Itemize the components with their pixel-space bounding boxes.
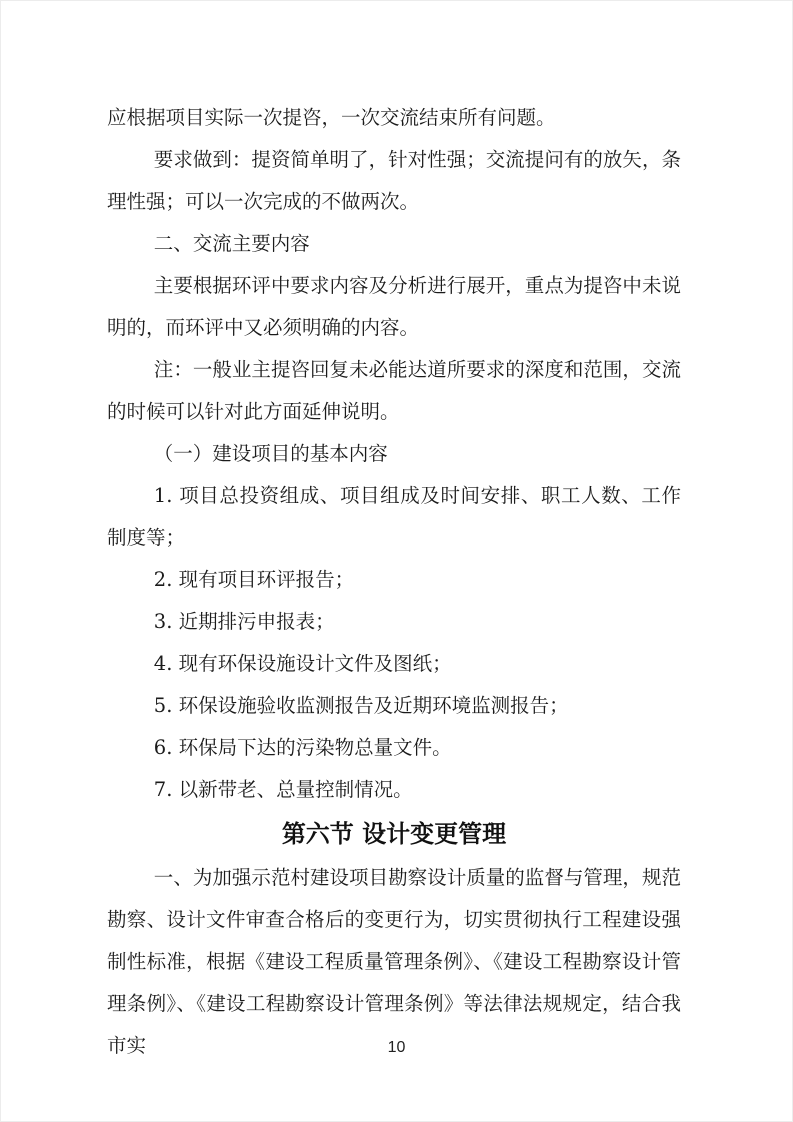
list-item-paragraph: 6. 环保局下达的污染物总量文件。 [107, 727, 681, 769]
list-item-paragraph: 2. 现有项目环评报告； [107, 559, 681, 601]
list-item-paragraph: 5. 环保设施验收监测报告及近期环境监测报告； [107, 685, 681, 727]
page-number: 10 [1, 1039, 792, 1057]
paragraph: 要求做到：提资简单明了，针对性强；交流提问有的放矢，条理性强；可以一次完成的不做… [107, 139, 681, 223]
paragraph: 二、交流主要内容 [107, 223, 681, 265]
list-item-paragraph: 3. 近期排污申报表； [107, 601, 681, 643]
list-item-paragraph: 4. 现有环保设施设计文件及图纸； [107, 643, 681, 685]
list-item-paragraph: 7. 以新带老、总量控制情况。 [107, 769, 681, 811]
list-item-paragraph: 1. 项目总投资组成、项目组成及时间安排、职工人数、工作制度等； [107, 475, 681, 559]
paragraph: 主要根据环评中要求内容及分析进行展开，重点为提咨中未说明的，而环评中又必须明确的… [107, 265, 681, 349]
section-heading: 第六节 设计变更管理 [107, 811, 681, 857]
paragraph: 应根据项目实际一次提咨，一次交流结束所有问题。 [107, 97, 681, 139]
paragraph: 注：一般业主提咨回复未必能达道所要求的深度和范围，交流的时候可以针对此方面延伸说… [107, 349, 681, 433]
paragraph: 一、为加强示范村建设项目勘察设计质量的监督与管理，规范勘察、设计文件审查合格后的… [107, 857, 681, 1067]
paragraph: （一）建设项目的基本内容 [107, 433, 681, 475]
document-body: 应根据项目实际一次提咨，一次交流结束所有问题。 要求做到：提资简单明了，针对性强… [107, 97, 681, 1067]
document-page: 应根据项目实际一次提咨，一次交流结束所有问题。 要求做到：提资简单明了，针对性强… [0, 0, 793, 1122]
